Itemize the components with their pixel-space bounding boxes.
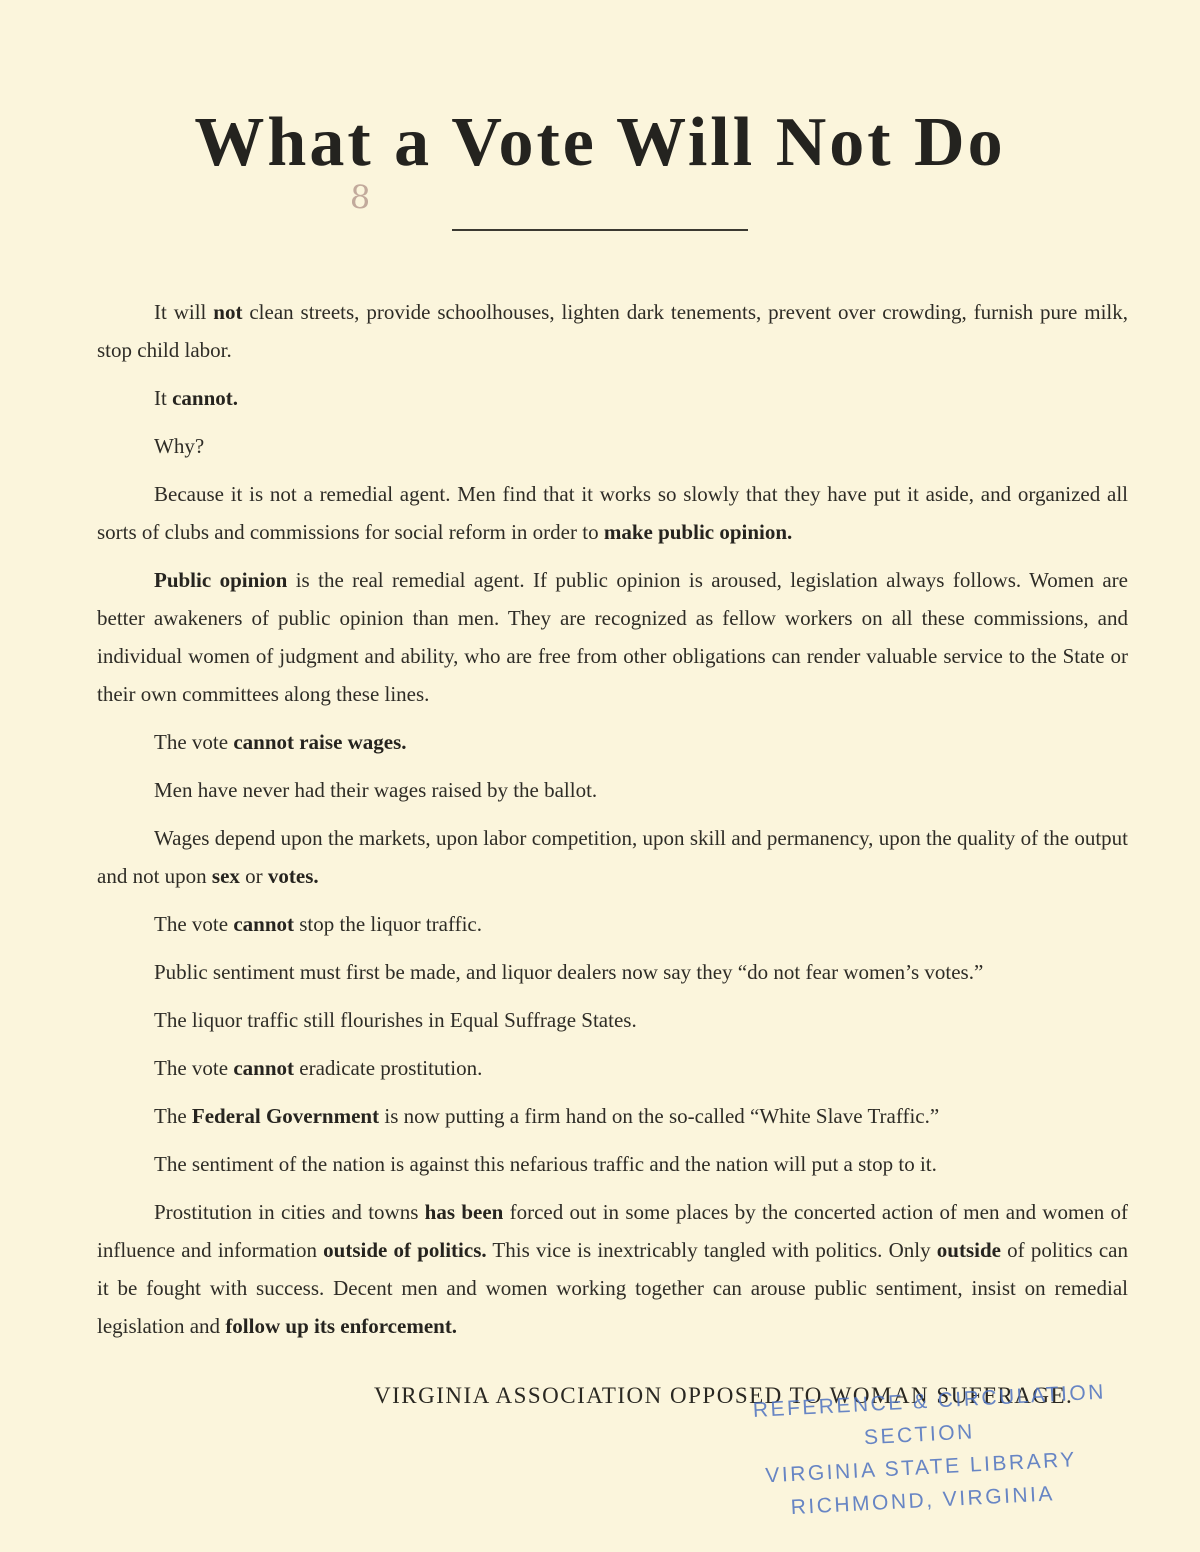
title-divider bbox=[452, 229, 748, 231]
paragraph: The sentiment of the nation is against t… bbox=[97, 1145, 1128, 1183]
paragraph: The liquor traffic still flourishes in E… bbox=[97, 1001, 1128, 1039]
library-stamp: REFERENCE & CIRCULATION SECTION VIRGINIA… bbox=[752, 1377, 1088, 1526]
paragraph: Why? bbox=[97, 427, 1128, 465]
paragraph: Public sentiment must first be made, and… bbox=[97, 953, 1128, 991]
paragraph: The Federal Government is now putting a … bbox=[97, 1097, 1128, 1135]
paragraph: It will not clean streets, provide schoo… bbox=[97, 293, 1128, 369]
paragraph: The vote cannot raise wages. bbox=[97, 723, 1128, 761]
pencil-mark: 8 bbox=[349, 177, 371, 216]
page-title: What a Vote Will Not Do bbox=[0, 0, 1200, 181]
paragraph: Public opinion is the real remedial agen… bbox=[97, 561, 1128, 713]
paragraph: Men have never had their wages raised by… bbox=[97, 771, 1128, 809]
paragraph: It cannot. bbox=[97, 379, 1128, 417]
paragraph: Because it is not a remedial agent. Men … bbox=[97, 475, 1128, 551]
paragraph: The vote cannot eradicate prostitution. bbox=[97, 1049, 1128, 1087]
paragraph: Prostitution in cities and towns has bee… bbox=[97, 1193, 1128, 1345]
document-body: It will not clean streets, provide schoo… bbox=[97, 293, 1128, 1345]
paragraph: Wages depend upon the markets, upon labo… bbox=[97, 819, 1128, 895]
document-page: What a Vote Will Not Do 8 It will not cl… bbox=[0, 0, 1200, 1552]
paragraph: The vote cannot stop the liquor traffic. bbox=[97, 905, 1128, 943]
